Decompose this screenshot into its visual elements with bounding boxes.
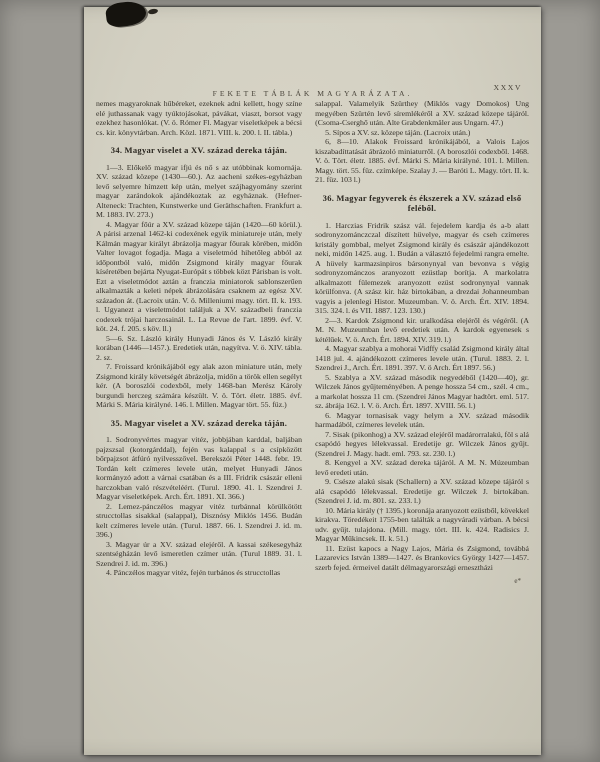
paragraph: 4. Magyar szablya a mohorai Vidffy csalá… (315, 344, 529, 373)
paragraph: 9. Csésze alakú sisak (Schallern) a XV. … (315, 477, 529, 506)
printer-signature-mark: e* (315, 577, 529, 587)
paragraph: 2—3. Kardok Zsigmond kir. uralkodása ele… (315, 316, 529, 345)
left-column: nemes magyaroknak hűbéreket, ezeknek adn… (96, 99, 302, 578)
paragraph-continuation: nemes magyaroknak hűbéreket, ezeknek adn… (96, 99, 302, 137)
paragraph: 8. Kengyel a XV. század dereka tájáról. … (315, 458, 529, 477)
ink-speck-icon (148, 8, 159, 15)
page-header-title: FEKETE TÁBLÁK MAGYARÁZATA. (213, 89, 413, 98)
paragraph: 4. Magyar főúr a XV. század közepe táján… (96, 220, 302, 334)
paragraph: 2. Lemez-pánczélos magyar vitéz turbánna… (96, 502, 302, 540)
paragraph-continuation: salappal. Valamelyik Szürthey (Miklós va… (315, 99, 529, 128)
section-heading-36: 36. Magyar fegyverek és ékszerek a XV. s… (321, 193, 523, 214)
paragraph: 5. Sípos a XV. sz. közepe táján. (Lacroi… (315, 128, 529, 138)
paragraph: 1. Sodronyvértes magyar vitéz, jobbjában… (96, 435, 302, 502)
paragraph: 7. Froissard krónikájából egy alak azon … (96, 362, 302, 410)
running-header: FEKETE TÁBLÁK MAGYARÁZATA. XXXV (97, 83, 528, 95)
paragraph: 6, 8—10. Alakok Froissard krónikájából, … (315, 137, 529, 185)
scanned-book-page: FEKETE TÁBLÁK MAGYARÁZATA. XXXV nemes ma… (84, 7, 541, 755)
ink-smudge-icon (105, 0, 148, 28)
paragraph: 7. Sisak (pikonhog) a XV. század elejérő… (315, 430, 529, 459)
paragraph: 11. Ezüst kapocs a Nagy Lajos, Mária és … (315, 544, 529, 573)
section-heading-35: 35. Magyar viselet a XV. század dereka t… (102, 418, 296, 429)
paragraph: 10. Mária király († 1395.) koronája aran… (315, 506, 529, 544)
paragraph: 1—3. Előkelő magyar ifjú és nő s az utób… (96, 163, 302, 220)
page-number: XXXV (493, 83, 522, 92)
paragraph: 5. Szablya a XV. század második negyedéb… (315, 373, 529, 411)
paragraph: 4. Pánczélos magyar vitéz, fején turbáno… (96, 568, 302, 578)
paragraph: 1. Harczias Fridrik szász vál. fejedelem… (315, 221, 529, 316)
paragraph: 6. Magyar tornasisak vagy helym a XV. sz… (315, 411, 529, 430)
paragraph: 5—6. Sz. László király Hunyadi János és … (96, 334, 302, 363)
text-block: nemes magyaroknak hűbéreket, ezeknek adn… (96, 99, 529, 741)
paragraph: 3. Magyar úr a XV. század elejéről. A ka… (96, 540, 302, 569)
right-column: salappal. Valamelyik Szürthey (Miklós va… (315, 99, 529, 587)
section-heading-34: 34. Magyar viselet a XV. század dereka t… (102, 145, 296, 156)
